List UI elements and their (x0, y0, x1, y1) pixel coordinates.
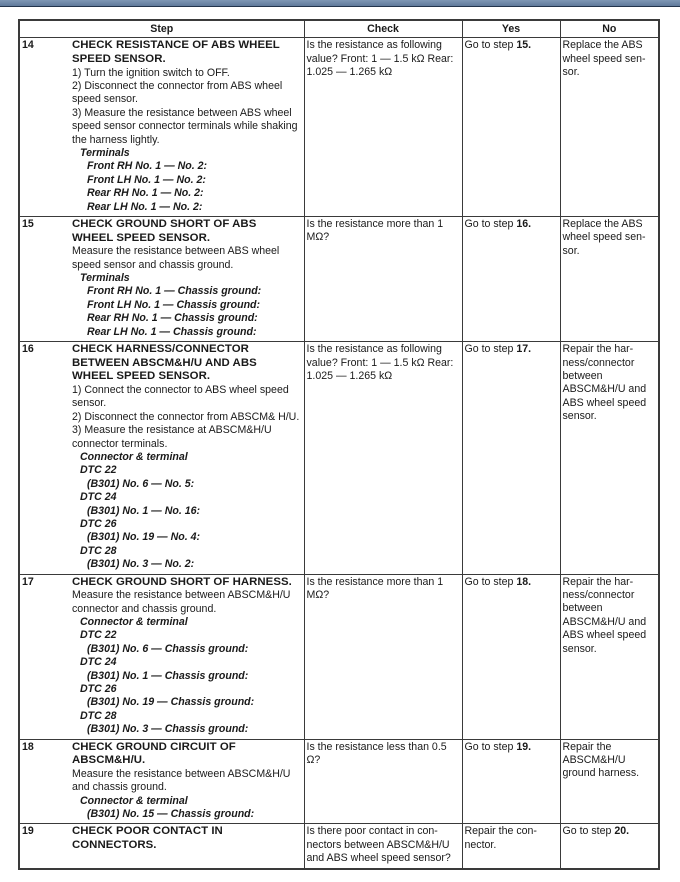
check-cell: Is there poor contact in con­nectors bet… (304, 824, 462, 869)
yes-cell: Go to step 19. (462, 739, 560, 824)
no-cell: Repair the ABSCM&H/U ground harness. (560, 739, 659, 824)
step-title: CHECK GROUND SHORT OF ABS WHEEL SPEED SE… (72, 218, 300, 245)
terminal-spec: (B301) No. 19 — Chassis ground: (72, 696, 300, 709)
yes-action: Go to step (465, 39, 517, 51)
table-row: 16CHECK HARNESS/CONNECTOR BETWEEN ABSCM&… (19, 342, 659, 574)
step-body: CHECK GROUND SHORT OF HARNESS.Measure th… (72, 576, 302, 737)
terminal-spec: (B301) No. 3 — No. 2: (72, 558, 300, 571)
yes-action: Go to step (465, 343, 517, 355)
step-body: CHECK RESISTANCE OF ABS WHEEL SPEED SENS… (72, 39, 302, 214)
terminal-group-label: DTC 22 (72, 629, 300, 642)
yes-step-reference[interactable]: 18. (516, 576, 531, 588)
step-cell: 16CHECK HARNESS/CONNECTOR BETWEEN ABSCM&… (19, 342, 304, 574)
terminal-group-label: DTC 28 (72, 710, 300, 723)
step-title: CHECK POOR CONTACT IN CONNECTORS. (72, 825, 300, 852)
step-body: CHECK GROUND CIRCUIT OF ABSCM&H/U.Measur… (72, 741, 302, 822)
step-cell: 17CHECK GROUND SHORT OF HARNESS.Measure … (19, 574, 304, 739)
yes-step-reference[interactable]: 16. (516, 218, 531, 230)
yes-step-reference[interactable]: 17. (516, 343, 531, 355)
yes-cell: Go to step 15. (462, 38, 560, 217)
no-cell: Repair the har­ness/connector between AB… (560, 342, 659, 574)
step-instruction: 3) Measure the resistance between ABS wh… (72, 107, 300, 147)
step-instruction: Measure the resistance between ABS wheel… (72, 245, 300, 272)
step-instruction: 2) Disconnect the connector from ABS whe… (72, 80, 300, 107)
terminal-spec: Front RH No. 1 — No. 2: (72, 160, 300, 173)
no-action: Repair the har­ness/connector between AB… (563, 343, 647, 422)
step-title: CHECK RESISTANCE OF ABS WHEEL SPEED SENS… (72, 39, 300, 66)
terminal-group-label: Connector & terminal (72, 451, 300, 464)
yes-action: Go to step (465, 741, 517, 753)
step-instruction: Measure the resistance between ABSCM&H/U… (72, 768, 300, 795)
no-action: Repair the ABSCM&H/U ground harness. (563, 741, 640, 780)
document-header-bar (0, 0, 680, 7)
terminal-spec: (B301) No. 1 — Chassis ground: (72, 670, 300, 683)
step-number: 19 (22, 825, 34, 838)
no-cell: Go to step 20. (560, 824, 659, 869)
table-header-row: Step Check Yes No (19, 20, 659, 38)
step-body: CHECK POOR CONTACT IN CONNECTORS. (72, 825, 302, 852)
step-number: 14 (22, 39, 34, 52)
terminal-spec: Front LH No. 1 — Chassis ground: (72, 299, 300, 312)
terminal-spec: (B301) No. 1 — No. 16: (72, 505, 300, 518)
no-action: Replace the ABS wheel speed sen­sor. (563, 218, 646, 257)
check-cell: Is the resistance more than 1 MΩ? (304, 574, 462, 739)
step-number: 18 (22, 741, 34, 754)
column-header-check: Check (304, 20, 462, 38)
terminal-group-label: Terminals (72, 147, 300, 160)
step-instruction: 2) Disconnect the connector from ABSCM& … (72, 411, 300, 424)
step-body: CHECK HARNESS/CONNECTOR BETWEEN ABSCM&H/… (72, 343, 302, 571)
terminal-spec: Rear LH No. 1 — Chassis ground: (72, 326, 300, 339)
no-action: Repair the har­ness/connector between AB… (563, 576, 647, 655)
step-number: 16 (22, 343, 34, 356)
yes-step-reference[interactable]: 19. (516, 741, 531, 753)
column-header-yes: Yes (462, 20, 560, 38)
no-cell: Replace the ABS wheel speed sen­sor. (560, 38, 659, 217)
column-header-no: No (560, 20, 659, 38)
table-row: 17CHECK GROUND SHORT OF HARNESS.Measure … (19, 574, 659, 739)
yes-cell: Repair the con­nector. (462, 824, 560, 869)
terminal-group-label: Terminals (72, 272, 300, 285)
terminal-spec: (B301) No. 6 — No. 5: (72, 478, 300, 491)
terminal-spec: (B301) No. 3 — Chassis ground: (72, 723, 300, 736)
terminal-spec: Front RH No. 1 — Chassis ground: (72, 285, 300, 298)
table-row: 15CHECK GROUND SHORT OF ABS WHEEL SPEED … (19, 217, 659, 342)
step-instruction: 1) Turn the ignition switch to OFF. (72, 67, 300, 80)
terminal-group-label: DTC 28 (72, 545, 300, 558)
check-cell: Is the resistance less than 0.5 Ω? (304, 739, 462, 824)
terminal-spec: Rear LH No. 1 — No. 2: (72, 201, 300, 214)
terminal-group-label: Connector & terminal (72, 795, 300, 808)
terminal-group-label: DTC 26 (72, 518, 300, 531)
check-cell: Is the resistance as following value? Fr… (304, 38, 462, 217)
terminal-group-label: DTC 26 (72, 683, 300, 696)
terminal-group-label: DTC 24 (72, 656, 300, 669)
step-title: CHECK HARNESS/CONNECTOR BETWEEN ABSCM&H/… (72, 343, 300, 384)
yes-cell: Go to step 18. (462, 574, 560, 739)
step-cell: 18CHECK GROUND CIRCUIT OF ABSCM&H/U.Meas… (19, 739, 304, 824)
step-body: CHECK GROUND SHORT OF ABS WHEEL SPEED SE… (72, 218, 302, 339)
terminal-spec: (B301) No. 6 — Chassis ground: (72, 643, 300, 656)
table-row: 14CHECK RESISTANCE OF ABS WHEEL SPEED SE… (19, 38, 659, 217)
yes-action: Go to step (465, 576, 517, 588)
no-action: Replace the ABS wheel speed sen­sor. (563, 39, 646, 78)
step-instruction: Measure the resistance between ABSCM&H/U… (72, 589, 300, 616)
no-step-reference[interactable]: 20. (614, 825, 629, 837)
yes-action: Go to step (465, 218, 517, 230)
terminal-spec: Rear RH No. 1 — Chassis ground: (72, 312, 300, 325)
check-cell: Is the resistance more than 1 MΩ? (304, 217, 462, 342)
column-header-step: Step (19, 20, 304, 38)
step-cell: 15CHECK GROUND SHORT OF ABS WHEEL SPEED … (19, 217, 304, 342)
yes-action: Repair the con­nector. (465, 825, 537, 850)
no-action: Go to step (563, 825, 615, 837)
terminal-group-label: DTC 22 (72, 464, 300, 477)
yes-cell: Go to step 16. (462, 217, 560, 342)
step-title: CHECK GROUND CIRCUIT OF ABSCM&H/U. (72, 741, 300, 768)
step-title: CHECK GROUND SHORT OF HARNESS. (72, 576, 300, 590)
yes-step-reference[interactable]: 15. (516, 39, 531, 51)
step-number: 17 (22, 576, 34, 589)
yes-cell: Go to step 17. (462, 342, 560, 574)
terminal-spec: Front LH No. 1 — No. 2: (72, 174, 300, 187)
terminal-spec: (B301) No. 19 — No. 4: (72, 531, 300, 544)
terminal-group-label: DTC 24 (72, 491, 300, 504)
table-row: 18CHECK GROUND CIRCUIT OF ABSCM&H/U.Meas… (19, 739, 659, 824)
terminal-group-label: Connector & terminal (72, 616, 300, 629)
diagnostic-procedure-table: Step Check Yes No 14CHECK RESISTANCE OF … (18, 19, 660, 870)
step-instruction: 1) Connect the connector to ABS wheel sp… (72, 384, 300, 411)
step-number: 15 (22, 218, 34, 231)
step-cell: 14CHECK RESISTANCE OF ABS WHEEL SPEED SE… (19, 38, 304, 217)
terminal-spec: (B301) No. 15 — Chassis ground: (72, 808, 300, 821)
check-cell: Is the resistance as following value? Fr… (304, 342, 462, 574)
no-cell: Repair the har­ness/connector between AB… (560, 574, 659, 739)
table-row: 19CHECK POOR CONTACT IN CONNECTORS.Is th… (19, 824, 659, 869)
step-cell: 19CHECK POOR CONTACT IN CONNECTORS. (19, 824, 304, 869)
no-cell: Replace the ABS wheel speed sen­sor. (560, 217, 659, 342)
step-instruction: 3) Measure the resistance at ABSCM&H/U c… (72, 424, 300, 451)
terminal-spec: Rear RH No. 1 — No. 2: (72, 187, 300, 200)
